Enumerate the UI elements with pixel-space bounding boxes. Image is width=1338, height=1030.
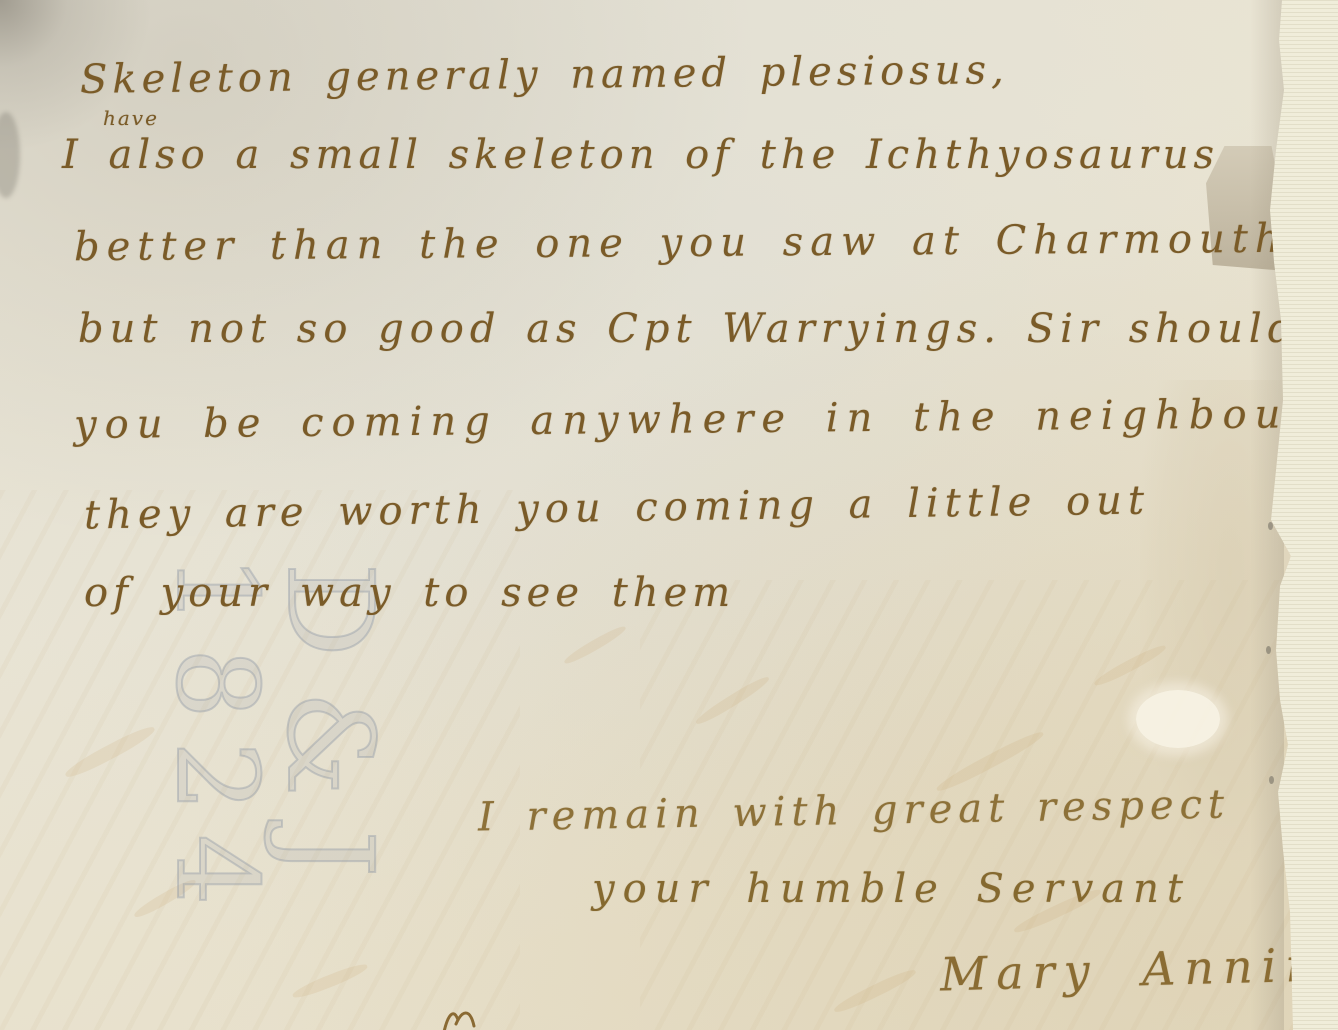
handwriting-line-4: but not so good as Cpt Warryings. Sir sh…	[78, 306, 1299, 352]
signature: Mary Anning	[939, 936, 1338, 1001]
handwriting-line-6: they are worth you coming a little out	[84, 478, 1151, 539]
insertion-word: have	[103, 106, 159, 130]
letter-paper: 1824 D&J Skeleton generaly named plesios…	[0, 0, 1338, 1030]
handwriting-line-7: of your way to see them	[84, 570, 735, 616]
letter-scan: 1824 D&J Skeleton generaly named plesios…	[0, 0, 1338, 1030]
partial-line-stroke	[438, 1006, 498, 1030]
paper-abrasion-patch	[1136, 690, 1220, 748]
handwriting-line-1: Skeleton generaly named plesiosus,	[80, 47, 1009, 103]
ink-smudge	[562, 623, 628, 667]
left-edge-smudge	[0, 112, 20, 198]
handwriting-line-3: better than the one you saw at Charmouth	[74, 216, 1288, 270]
handwriting-line-2: I also a small skeleton of the Ichthyosa…	[62, 132, 1219, 178]
closing-line-2: your humble Servant	[592, 866, 1191, 912]
